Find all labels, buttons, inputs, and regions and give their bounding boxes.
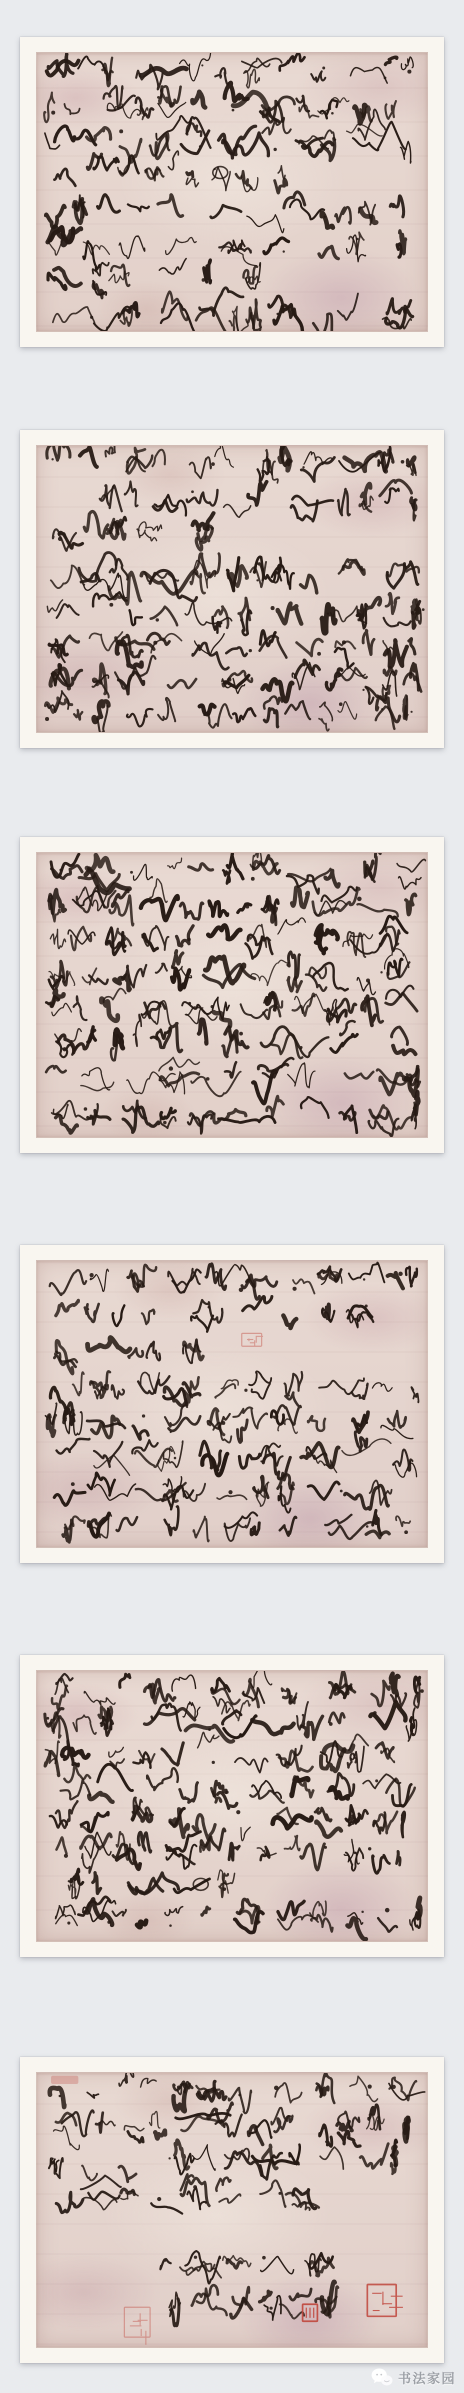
watermark-chat-bubbles-icon [371, 2368, 394, 2387]
cursive-ink-writing [37, 446, 427, 732]
cursive-ink-writing [37, 2073, 427, 2347]
aged-paper [36, 852, 428, 1138]
seal-stamp [367, 2285, 403, 2317]
cursive-ink-writing [37, 53, 427, 331]
cursive-ink-writing [37, 853, 427, 1137]
seal-stamp [124, 2307, 150, 2345]
seal-stamp [51, 2076, 78, 2084]
aged-paper [36, 2072, 428, 2348]
cursive-ink-writing [37, 1671, 427, 1941]
watermark: 书法家园 [371, 2368, 456, 2387]
seal-stamp [242, 1333, 263, 1346]
aged-paper [36, 52, 428, 332]
cursive-ink-writing [37, 1261, 427, 1547]
calligraphy-sheet-5 [20, 1655, 444, 1957]
calligraphy-sheet-3 [20, 837, 444, 1153]
calligraphy-sheet-4 [20, 1245, 444, 1563]
aged-paper [36, 1670, 428, 1942]
seal-stamp [303, 2304, 318, 2321]
watermark-text: 书法家园 [398, 2368, 456, 2387]
aged-paper [36, 445, 428, 733]
calligraphy-sheet-list [0, 37, 464, 2363]
calligraphy-sheet-2 [20, 430, 444, 748]
calligraphy-sheet-6 [20, 2057, 444, 2363]
aged-paper [36, 1260, 428, 1548]
calligraphy-article-image: 书法家园 [0, 0, 464, 2393]
calligraphy-sheet-1 [20, 37, 444, 347]
